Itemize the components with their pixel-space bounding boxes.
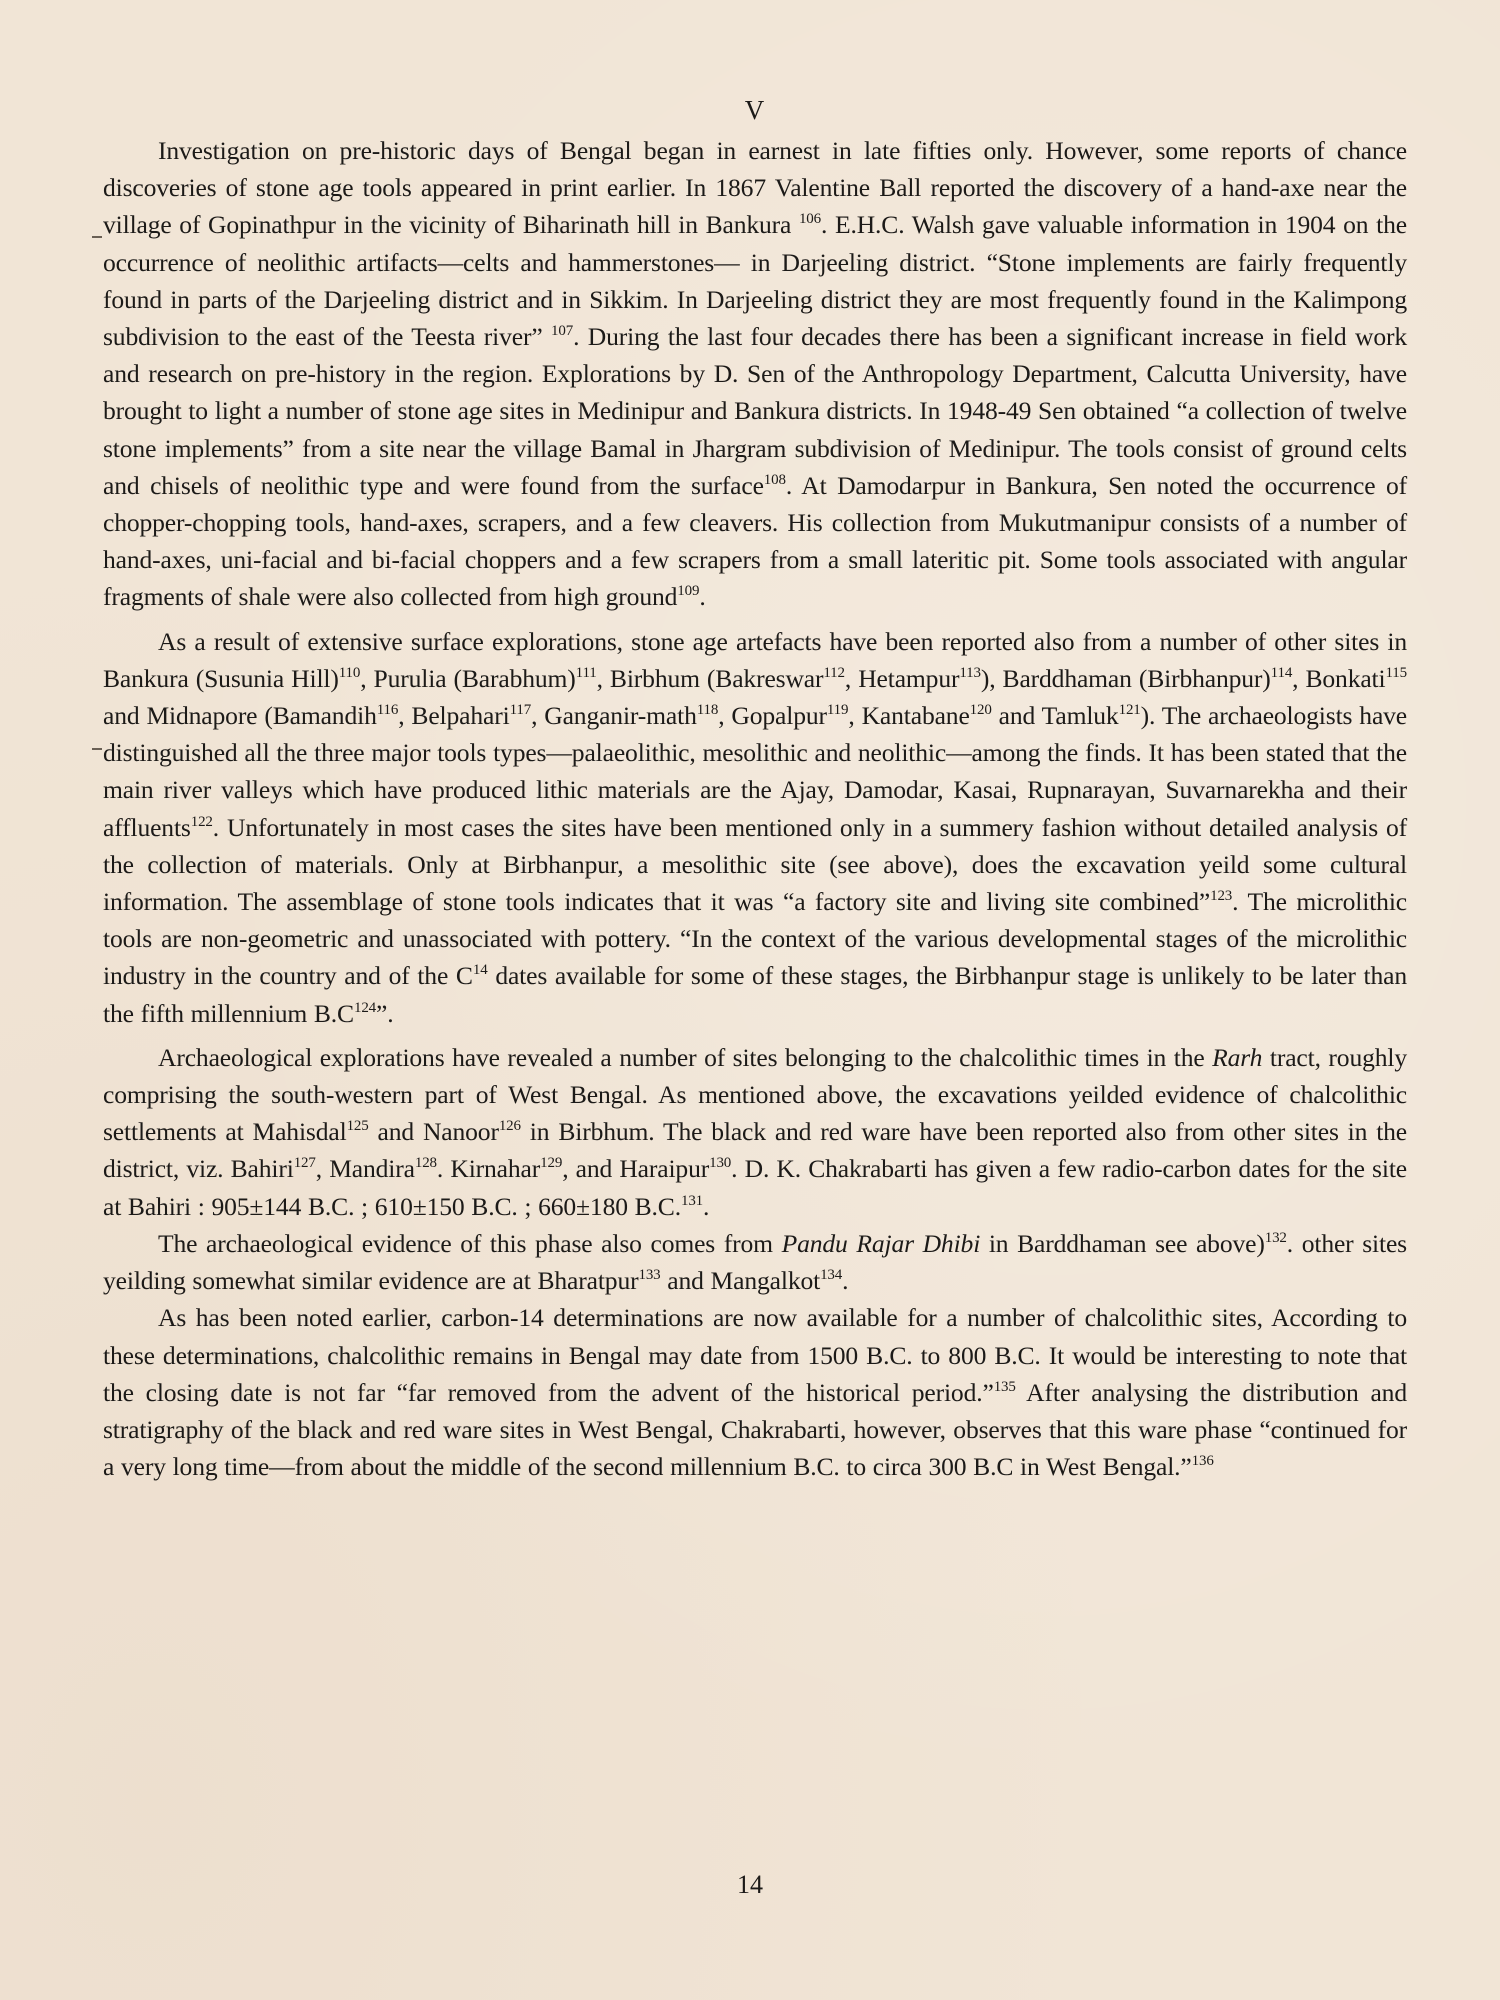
footnote-ref: 108: [764, 472, 786, 488]
footnote-ref: 134: [820, 1267, 842, 1283]
paragraph-chalcolithic-rarh: Archaeological explorations have reveale…: [103, 1039, 1407, 1225]
footnote-ref: 119: [827, 702, 849, 718]
footnote-ref: 133: [638, 1267, 660, 1283]
footnote-ref: 107: [551, 323, 573, 339]
document-page: V Investigation on pre-historic days of …: [103, 92, 1407, 1485]
footnote-ref: 109: [677, 583, 699, 599]
footnote-ref: 114: [1271, 665, 1293, 681]
footnote-ref: 106: [799, 211, 821, 227]
footnote-ref: 123: [1210, 888, 1232, 904]
footnote-ref: 113: [959, 665, 981, 681]
footnote-ref: 116: [377, 702, 399, 718]
margin-mark: [92, 236, 102, 238]
footnote-ref: 122: [191, 814, 213, 830]
margin-mark: [92, 748, 102, 750]
footnote-ref: 117: [510, 702, 532, 718]
paragraph-carbon-14-dates: As has been noted earlier, carbon-14 det…: [103, 1299, 1407, 1485]
footnote-ref: 135: [994, 1379, 1016, 1395]
italic-term: Pandu Rajar Dhibi: [782, 1229, 981, 1258]
footnote-ref: 126: [499, 1118, 521, 1134]
footnote-ref: 131: [681, 1193, 703, 1209]
footnote-ref: 129: [540, 1155, 562, 1171]
paragraph-pandu-rajar-dhibi: The archaeological evidence of this phas…: [103, 1225, 1407, 1299]
footnote-ref: 14: [473, 962, 488, 978]
footnote-ref: 111: [576, 665, 597, 681]
footnote-ref: 115: [1385, 665, 1407, 681]
footnote-ref: 112: [823, 665, 845, 681]
paragraph-surface-explorations: As a result of extensive surface explora…: [103, 623, 1407, 1032]
section-heading: V: [103, 92, 1407, 128]
footnote-ref: 124: [354, 1000, 376, 1016]
paragraph-prehistory-early-reports: Investigation on pre-historic days of Be…: [103, 132, 1407, 616]
footnote-ref: 128: [415, 1155, 437, 1171]
footnote-ref: 120: [970, 702, 992, 718]
footnote-ref: 136: [1192, 1453, 1214, 1469]
footnote-ref: 132: [1265, 1230, 1287, 1246]
footnote-ref: 130: [709, 1155, 731, 1171]
footnote-ref: 118: [697, 702, 719, 718]
page-number: 14: [0, 1870, 1500, 1900]
footnote-ref: 121: [1119, 702, 1141, 718]
italic-term: Rarh: [1212, 1043, 1262, 1072]
footnote-ref: 110: [339, 665, 361, 681]
footnote-ref: 127: [294, 1155, 316, 1171]
footnote-ref: 125: [347, 1118, 369, 1134]
